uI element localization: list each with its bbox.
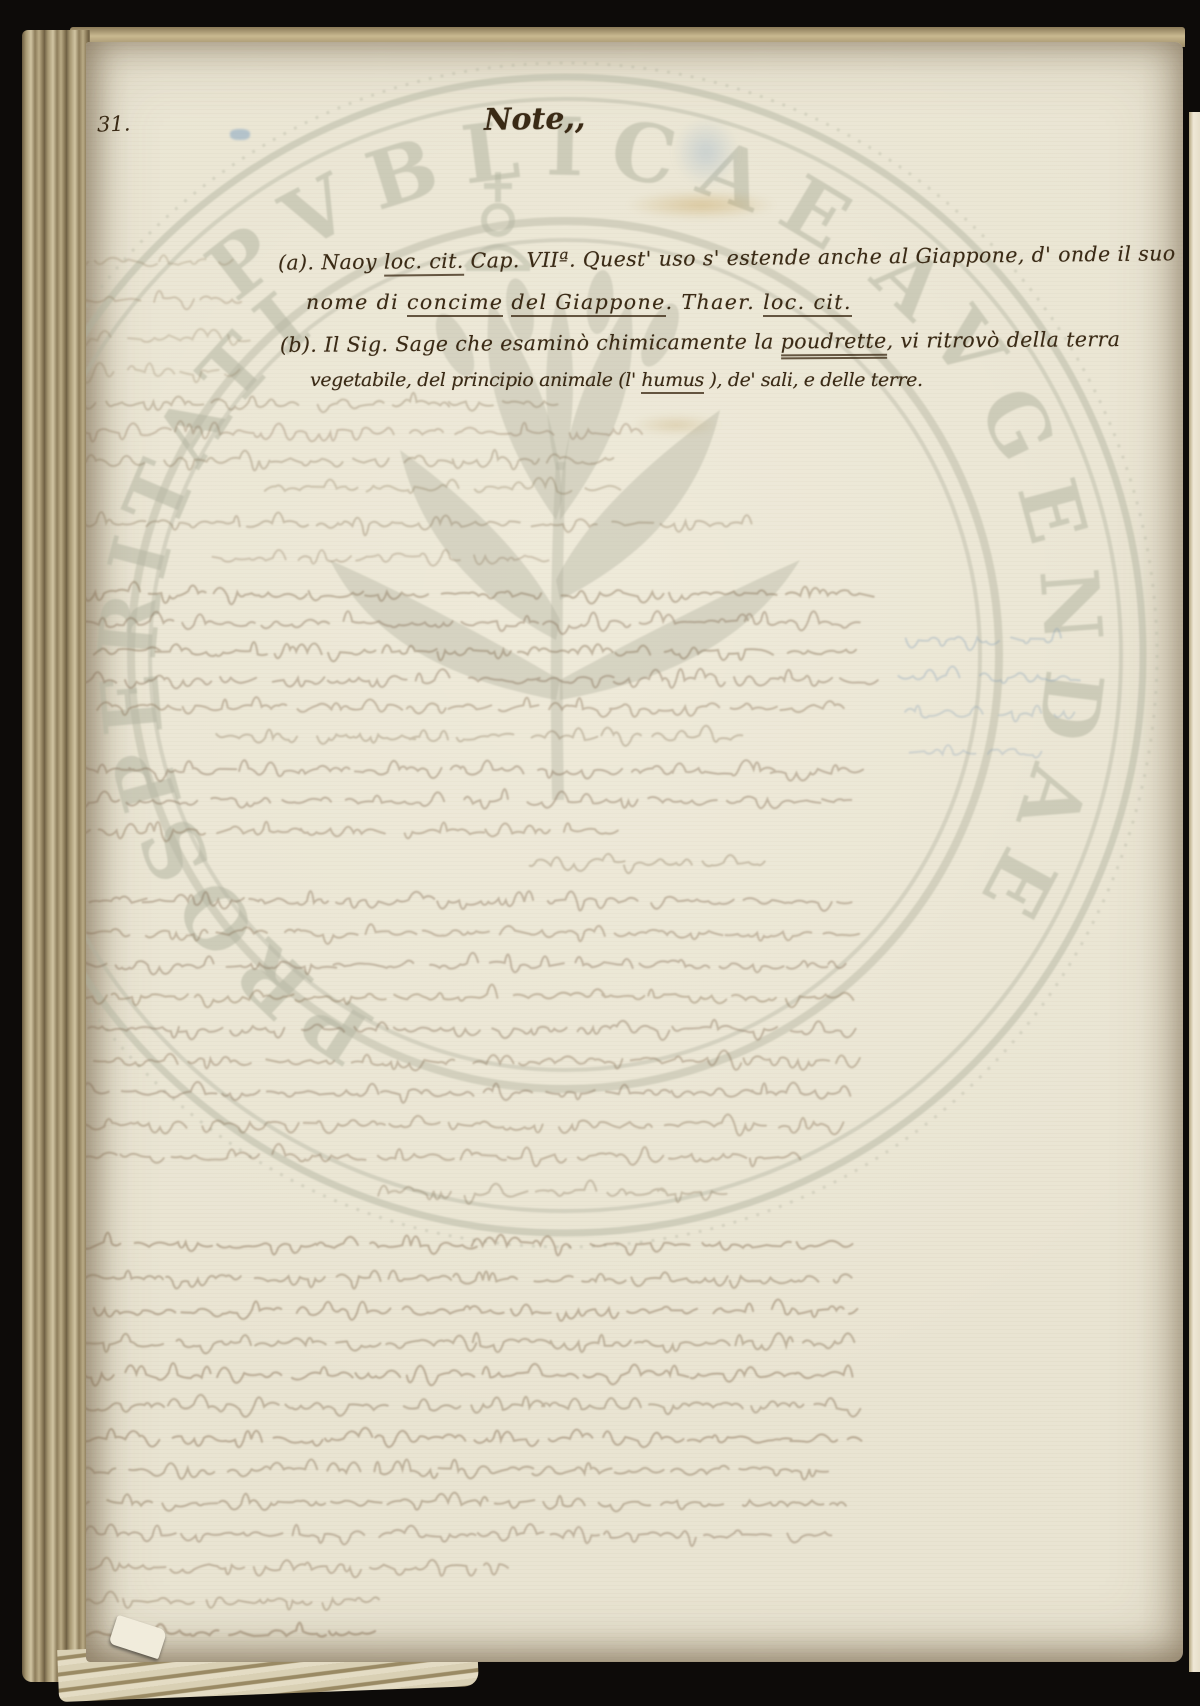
bleedthrough-line [86,1459,828,1479]
manuscript-scan: PVBLICAE AVGENDAE PROSPERITATI [0,0,1200,1706]
bleedthrough-line [216,726,743,746]
manuscript-page: PVBLICAE AVGENDAE PROSPERITATI [86,42,1183,1662]
book-gutter-page-stack [22,30,90,1682]
bleedthrough-line [86,1592,379,1610]
bleedthrough-line [86,1363,853,1386]
bleedthrough-line [86,1020,856,1040]
bleedthrough-line [86,1114,844,1135]
bleedthrough-line [86,1523,832,1546]
bleedthrough-line [86,1428,862,1447]
bleedthrough-line [86,1558,508,1578]
stamp-arc-left-bottom: PROSPERITATI [86,260,388,1083]
bleedthrough-line [86,1144,801,1166]
bleedthrough-line [86,1300,858,1322]
bleedthrough-line [86,1333,855,1353]
stamp-arc-right: AVGENDAE [854,225,1122,953]
stamp-floral-emblem-icon [330,269,800,800]
bleedthrough-line [86,985,854,1008]
bleedthrough-line [86,760,863,781]
bleedthrough-line [530,854,765,873]
bleedthrough-line [86,1233,853,1256]
stamp-and-bleedthrough-layer: PVBLICAE AVGENDAE PROSPERITATI [86,42,1183,1662]
bleedthrough-line [97,697,844,717]
bleedthrough-line [86,1395,861,1417]
bleedthrough-line [86,1493,846,1512]
bleedthrough-line [86,1271,852,1289]
next-page-edge [1189,112,1200,1672]
